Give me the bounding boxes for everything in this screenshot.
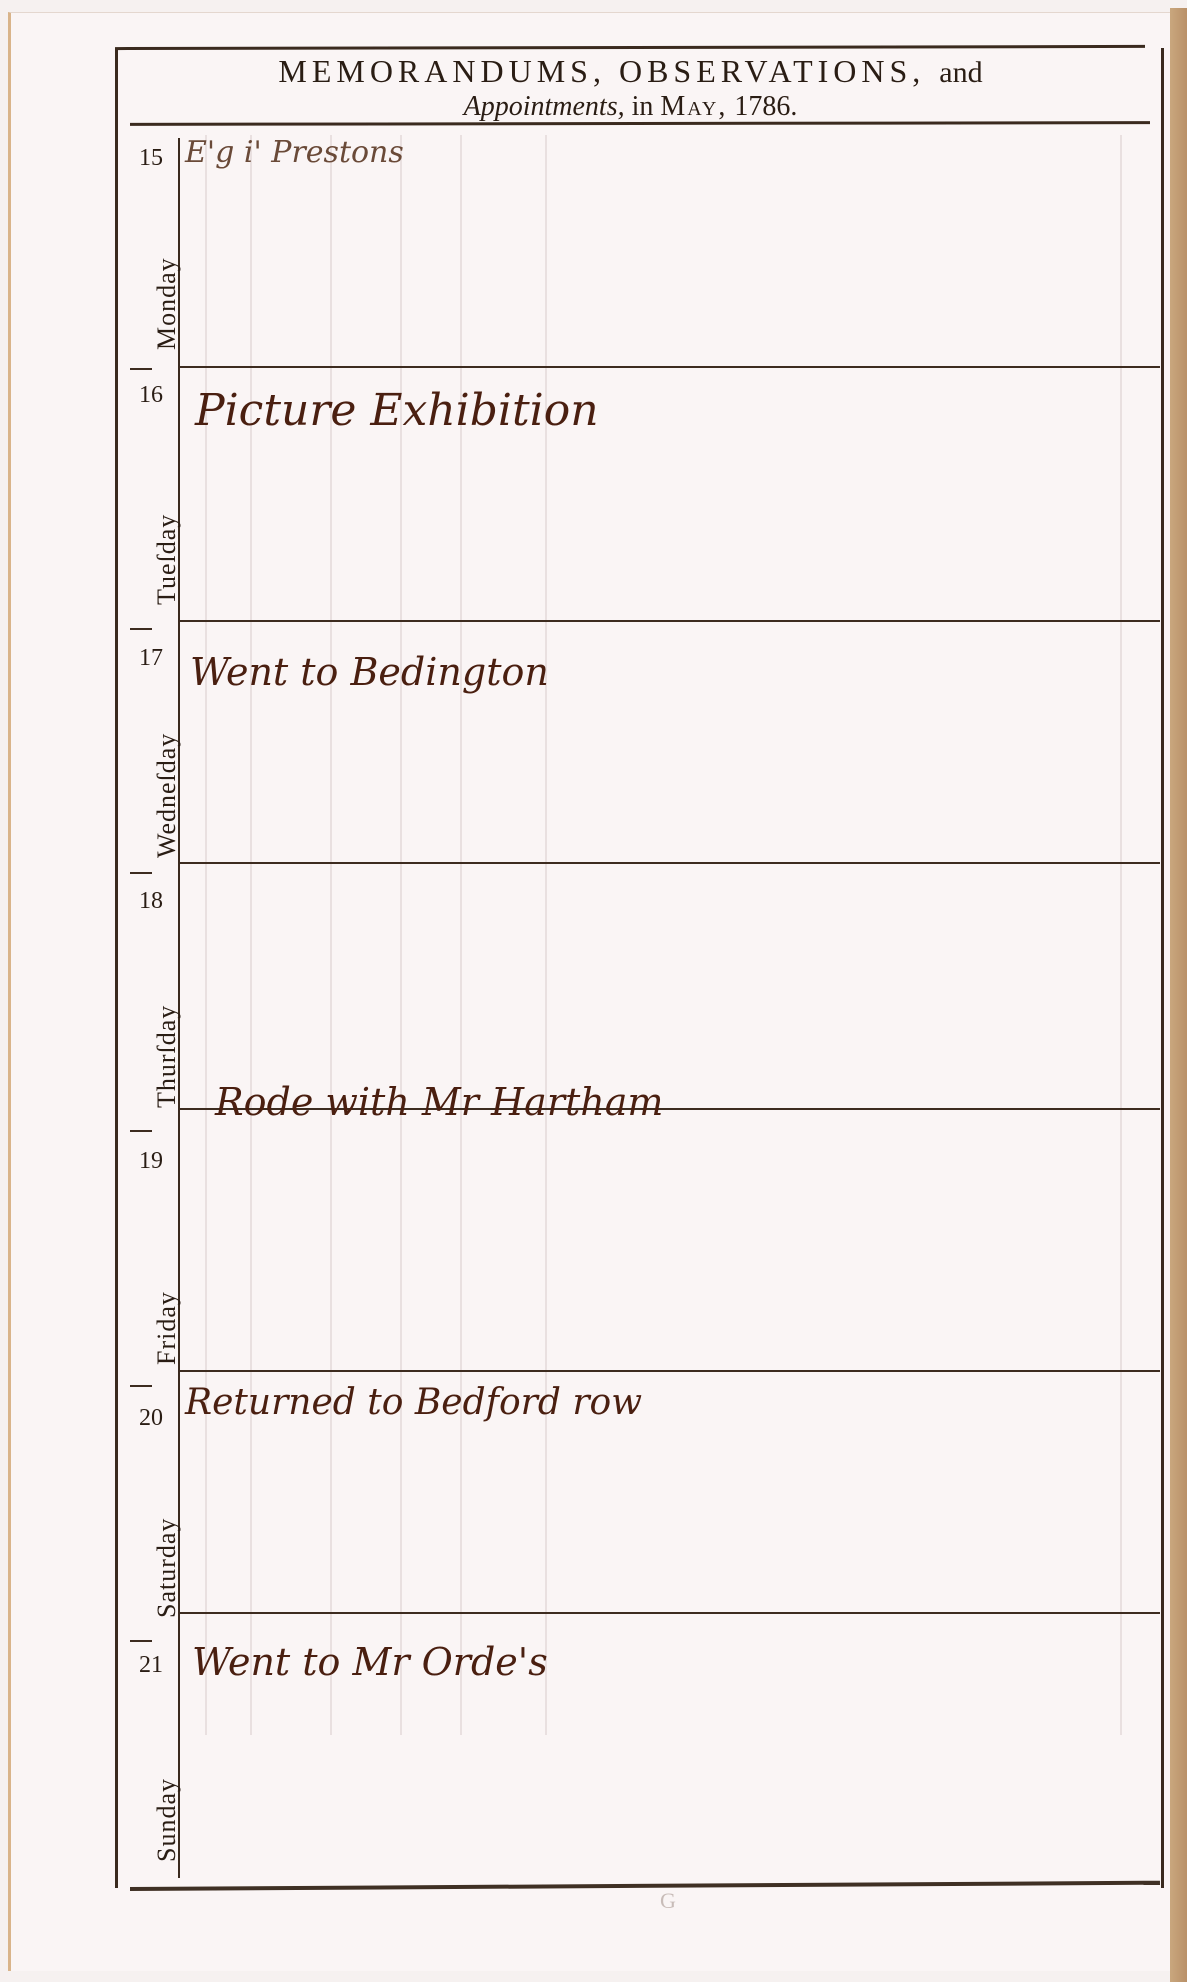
day-label: Thurſday — [152, 1005, 182, 1108]
day-separator — [180, 1370, 1160, 1372]
day-separator — [180, 366, 1160, 368]
diary-entry: Returned to Bedford row — [185, 1382, 642, 1423]
date-column-tick — [130, 1130, 152, 1132]
date-number: 15 — [128, 145, 174, 172]
day-separator — [180, 620, 1160, 622]
header-title-main: MEMORANDUMS, OBSERVATIONS, — [278, 53, 925, 89]
header-title: MEMORANDUMS, OBSERVATIONS,and — [118, 52, 1143, 92]
date-column-tick — [130, 1385, 152, 1387]
day-label: Monday — [152, 257, 182, 350]
header-subtitle-in: in — [632, 91, 654, 122]
diary-entry: Went to Mr Orde's — [192, 1640, 548, 1684]
diary-entry: Picture Exhibition — [195, 385, 599, 436]
day-label: Tueſday — [152, 514, 182, 605]
date-number: 19 — [128, 1148, 174, 1175]
date-number: 20 — [128, 1405, 174, 1432]
date-number: 17 — [128, 645, 174, 672]
diary-entry: Rode with Mr Hartham — [215, 1080, 663, 1124]
date-column-tick — [130, 1640, 152, 1642]
header-subtitle-month: May, — [660, 91, 727, 122]
date-number: 16 — [128, 382, 174, 409]
date-column-tick — [130, 368, 152, 370]
page-header: MEMORANDUMS, OBSERVATIONS,and Appointmen… — [118, 52, 1143, 122]
day-label: Sunday — [152, 1778, 182, 1862]
day-separator — [180, 862, 1160, 864]
day-label: Friday — [152, 1291, 182, 1365]
header-subtitle-appointments: Appointments, — [464, 91, 625, 122]
footer-mark: G — [660, 1888, 676, 1914]
header-title-and: and — [939, 56, 982, 89]
diary-entry: Went to Bedington — [190, 650, 549, 694]
header-subtitle: Appointments, in May, 1786. — [118, 92, 1143, 122]
date-column-tick — [130, 872, 152, 874]
day-label: Wedneſday — [152, 733, 182, 858]
date-number: 21 — [128, 1652, 174, 1679]
day-label: Saturday — [152, 1518, 182, 1618]
date-column-tick — [130, 628, 152, 630]
date-number: 18 — [128, 888, 174, 915]
day-separator — [180, 1612, 1160, 1614]
page-edge — [1170, 8, 1187, 1982]
header-subtitle-year: 1786. — [734, 91, 797, 122]
diary-entry: E'g i' Prestons — [185, 135, 404, 170]
